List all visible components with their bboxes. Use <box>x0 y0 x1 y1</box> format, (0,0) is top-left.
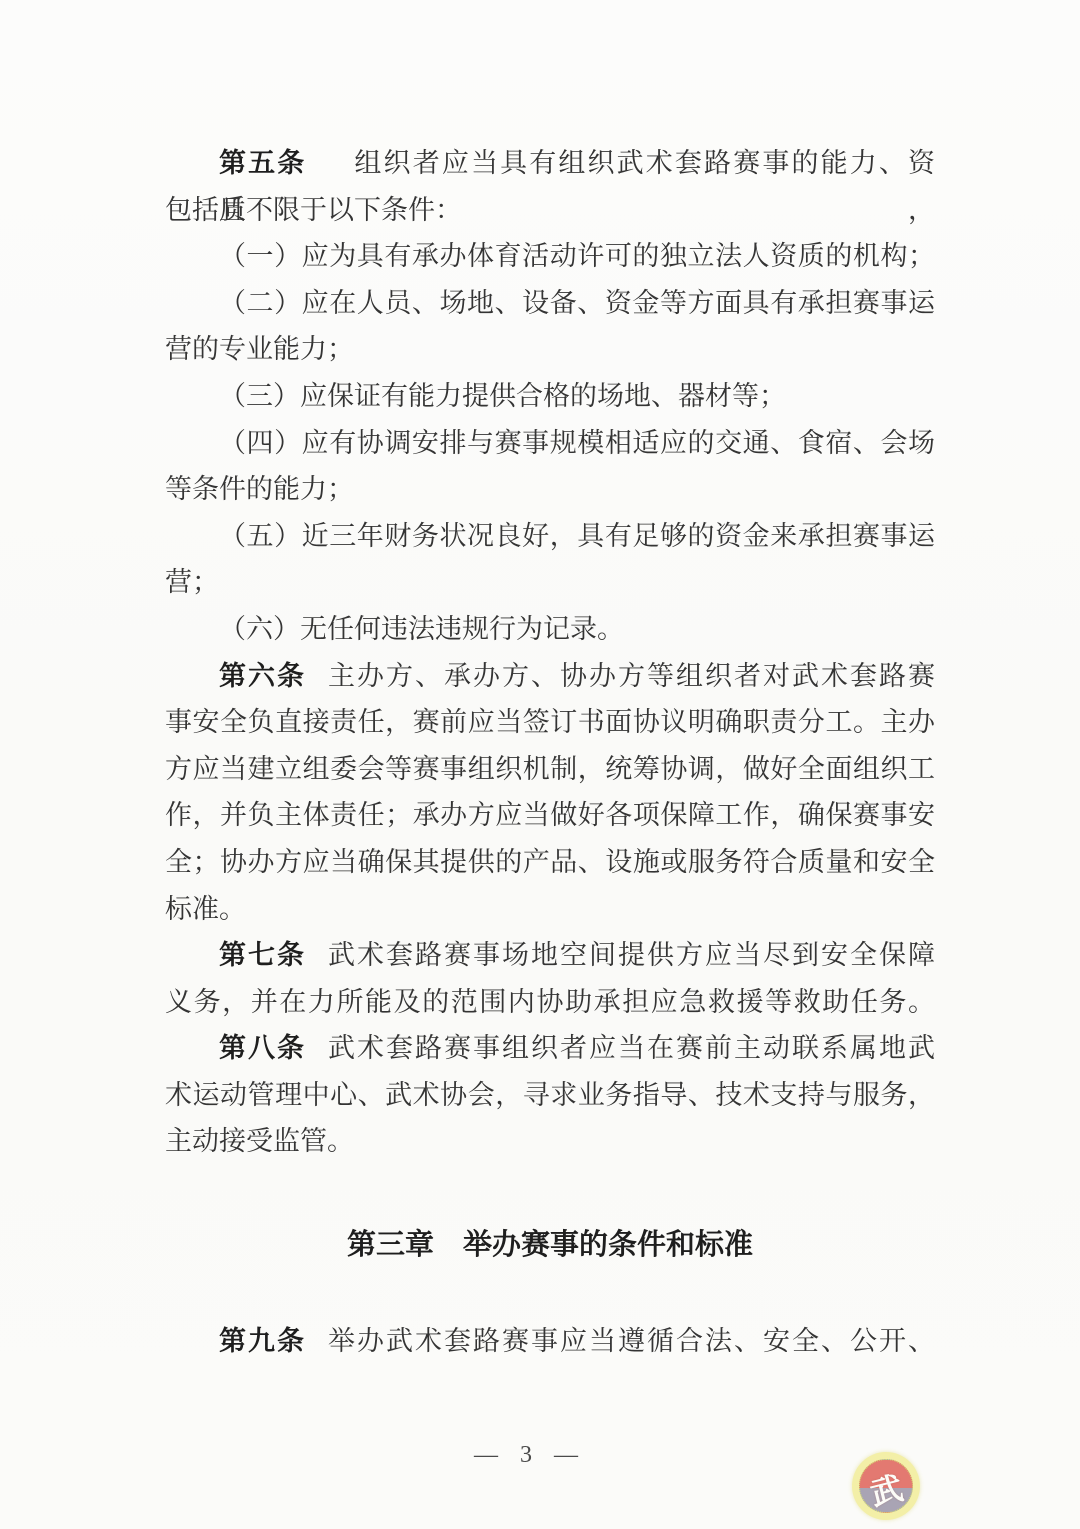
body-line: 事安全负直接责任，赛前应当签订书面协议明确职责分工。主办 <box>165 699 935 746</box>
body-line: （四）应有协调安排与赛事规模相适应的交通、食宿、会场 <box>165 420 935 467</box>
body-line: （一）应为具有承办体育活动许可的独立法人资质的机构； <box>165 233 935 280</box>
body-line: 营的专业能力； <box>165 326 935 373</box>
body-line: （二）应在人员、场地、设备、资金等方面具有承担赛事运 <box>165 280 935 327</box>
line-text: 武术套路赛事场地空间提供方应当尽到安全保障 <box>328 940 935 970</box>
article-6-label: 第六条 <box>219 661 306 691</box>
seal-character: 武 <box>859 1460 913 1513</box>
seal-emblem-icon: 武 <box>859 1459 913 1513</box>
line-text: 举办武术套路赛事应当遵循合法、安全、公开、 <box>328 1326 935 1356</box>
body-line: 第五条组织者应当具有组织武术套路赛事的能力、资质， <box>165 140 935 187</box>
body-line: （六）无任何违法违规行为记录。 <box>165 606 935 653</box>
body-line: 第八条武术套路赛事组织者应当在赛前主动联系属地武 <box>165 1025 935 1072</box>
page-number: — 3 — <box>430 1442 630 1469</box>
body-line: 等条件的能力； <box>165 466 935 513</box>
chapter-heading: 第三章 举办赛事的条件和标准 <box>165 1222 935 1269</box>
article-7-label: 第七条 <box>219 940 306 970</box>
body-line: 营； <box>165 559 935 606</box>
document-body: 第五条组织者应当具有组织武术套路赛事的能力、资质， 包括且不限于以下条件： （一… <box>165 140 935 1364</box>
line-text: 武术套路赛事组织者应当在赛前主动联系属地武 <box>328 1033 935 1063</box>
wushu-association-seal: 武 <box>852 1452 920 1520</box>
article-9-label: 第九条 <box>219 1326 306 1356</box>
line-text: 主办方、承办方、协办方等组织者对武术套路赛 <box>328 661 935 691</box>
document-page: 第五条组织者应当具有组织武术套路赛事的能力、资质， 包括且不限于以下条件： （一… <box>0 0 1080 1529</box>
body-line: 标准。 <box>165 886 935 933</box>
body-line: （五）近三年财务状况良好，具有足够的资金来承担赛事运 <box>165 513 935 560</box>
article-5-label: 第五条 <box>219 148 306 178</box>
body-line: 义务，并在力所能及的范围内协助承担应急救援等救助任务。 <box>165 979 935 1026</box>
article-8-label: 第八条 <box>219 1033 306 1063</box>
body-line: 第六条主办方、承办方、协办方等组织者对武术套路赛 <box>165 653 935 700</box>
body-line: 全；协办方应当确保其提供的产品、设施或服务符合质量和安全 <box>165 839 935 886</box>
body-line: 方应当建立组委会等赛事组织机制，统筹协调，做好全面组织工 <box>165 746 935 793</box>
body-line: （三）应保证有能力提供合格的场地、器材等； <box>165 373 935 420</box>
body-line: 作，并负主体责任；承办方应当做好各项保障工作，确保赛事安 <box>165 792 935 839</box>
body-line: 术运动管理中心、武术协会，寻求业务指导、技术支持与服务， <box>165 1072 935 1119</box>
body-line: 主动接受监管。 <box>165 1118 935 1165</box>
body-line: 第七条武术套路赛事场地空间提供方应当尽到安全保障 <box>165 932 935 979</box>
body-line: 第九条举办武术套路赛事应当遵循合法、安全、公开、 <box>165 1318 935 1365</box>
